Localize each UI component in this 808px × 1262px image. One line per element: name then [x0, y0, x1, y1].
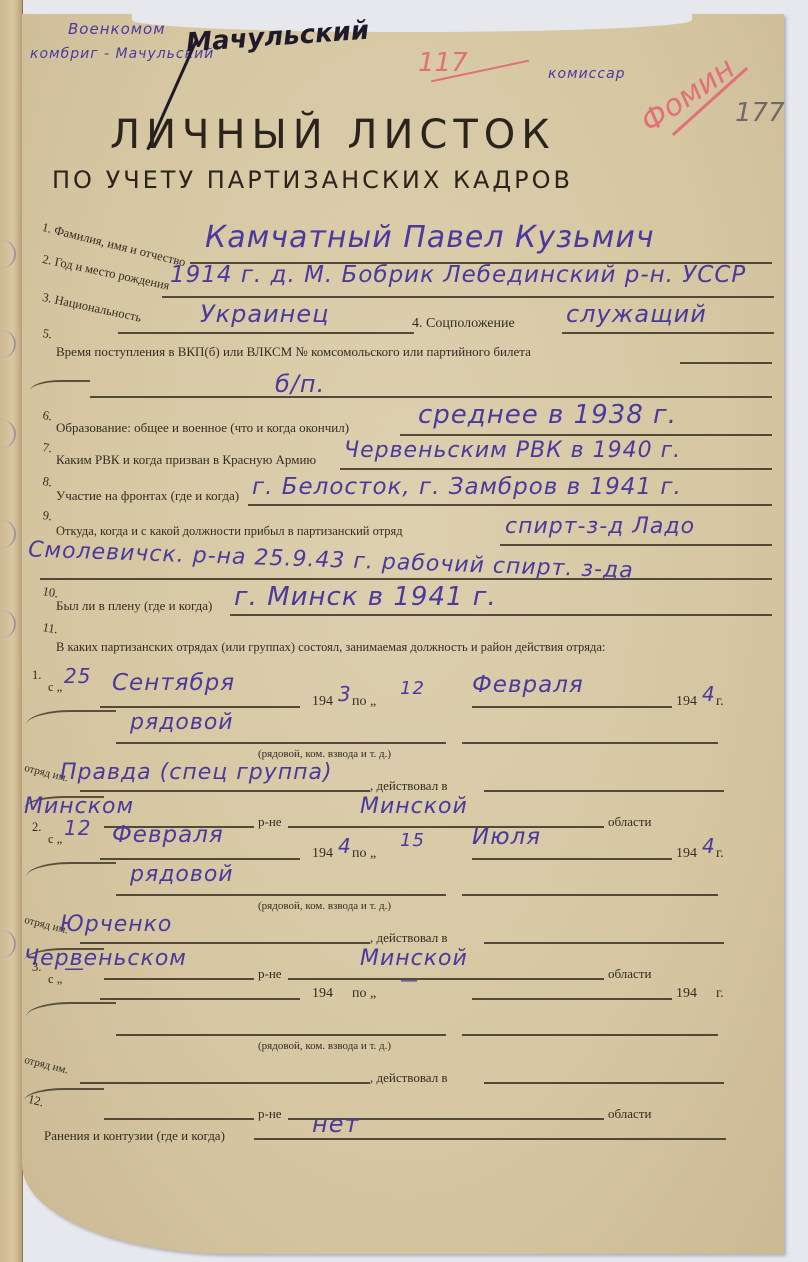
top-left-note-line1: Военкомом [68, 20, 166, 38]
service-2-region-suffix: области [608, 966, 651, 982]
service-2-from-year: 4 [338, 834, 352, 858]
form-sheet [22, 14, 784, 1254]
service-3-from-day: — [64, 956, 85, 980]
field-4-label: 4. Соцположение [412, 316, 515, 332]
field-5-line-a [680, 362, 772, 364]
field-5-line-b [90, 396, 772, 398]
service-1-position-curve [26, 710, 116, 740]
service-2-district-line [104, 978, 254, 980]
service-1-to-line [472, 706, 672, 708]
adjacent-page-mark [0, 930, 16, 958]
adjacent-page-mark [0, 520, 16, 548]
service-3-num: 3. [32, 960, 41, 975]
service-3-district-line [104, 1118, 254, 1120]
adjacent-page-edge [0, 0, 23, 1262]
arrival-value-line1: спирт-з-д Ладо [505, 514, 695, 539]
service-3-to-year-prefix: 194 [676, 986, 697, 1002]
service-2-detachment: Юрченко [60, 912, 172, 937]
field-5-curve [30, 380, 90, 402]
service-2-to-year-prefix: 194 [676, 846, 697, 862]
service-3-position-line-b [462, 1034, 718, 1036]
service-2-from-day: 12 [64, 816, 91, 840]
service-1-position-line [116, 742, 446, 744]
field-8-label: Участие на фронтах (где и когда) [56, 488, 239, 504]
service-1-acted-in: , действовал в [370, 778, 448, 794]
field-11-label: В каких партизанских отрядах (или группа… [56, 640, 605, 655]
service-3-acted-line [484, 1082, 724, 1084]
service-2-year-suffix: г. [716, 846, 724, 862]
service-2-position-curve [26, 862, 116, 892]
service-2-num: 2. [32, 820, 41, 835]
captivity-value: г. Минск в 1941 г. [234, 582, 497, 612]
service-1-to-month: Февраля [472, 672, 584, 698]
page-subtitle: ПО УЧЕТУ ПАРТИЗАНСКИХ КАДРОВ [52, 166, 573, 194]
field-9-line-b [40, 578, 772, 580]
service-1-year-suffix: г. [716, 694, 724, 710]
service-1-num: 1. [32, 668, 41, 683]
social-status-value: служащий [566, 300, 707, 328]
nationality-value: Украинец [200, 300, 329, 328]
service-2-detachment-line [80, 942, 370, 944]
service-2-from-prefix: с „ [48, 832, 62, 847]
field-7-line [340, 468, 772, 470]
page-number: 177 [735, 98, 785, 128]
service-3-year-prefix: 194 [312, 986, 333, 1002]
service-1-detachment: Правда (спец группа) [60, 760, 333, 785]
service-3-position-line [116, 1034, 446, 1036]
field-7-label: Каким РВК и когда призван в Красную Арми… [56, 452, 316, 468]
service-1-position-line-b [462, 742, 718, 744]
service-3-year-suffix: г. [716, 986, 724, 1002]
service-1-to-day: 12 [400, 678, 425, 699]
service-1-position-hint: (рядовой, ком. взвода и т. д.) [258, 748, 391, 760]
field-6-label: Образование: общее и военное (что и когд… [56, 420, 349, 436]
service-2-to-line [472, 858, 672, 860]
service-2-position-hint: (рядовой, ком. взвода и т. д.) [258, 900, 391, 912]
service-2-from-month: Февраля [112, 822, 224, 848]
service-3-from-line [100, 998, 300, 1000]
service-3-from-prefix: с „ [48, 972, 62, 987]
service-2-to-month: Июля [472, 824, 541, 850]
service-1-from-year: 3 [338, 682, 352, 706]
field-12-line [254, 1138, 726, 1140]
adjacent-page-mark [0, 330, 16, 358]
service-3-position-curve [26, 1002, 116, 1032]
service-3-position-hint: (рядовой, ком. взвода и т. д.) [258, 1040, 391, 1052]
service-1-from-day: 25 [64, 664, 91, 688]
service-2-district: Червеньском [24, 946, 187, 971]
service-2-acted-in: , действовал в [370, 930, 448, 946]
service-2-from-line [100, 858, 300, 860]
field-12-label: Ранения и контузии (где и когда) [44, 1128, 225, 1144]
page-title: ЛИЧНЫЙ ЛИСТОК [110, 112, 556, 158]
field-2-line [162, 296, 774, 298]
education-value: среднее в 1938 г. [418, 400, 677, 430]
service-2-region: Минской [360, 946, 468, 971]
service-3-region-suffix: области [608, 1106, 651, 1122]
adjacent-page-mark [0, 420, 16, 448]
service-1-district-suffix: р-не [258, 814, 282, 830]
service-2-region-line [288, 978, 604, 980]
service-3-to-line [472, 998, 672, 1000]
field-5-label: Время поступления в ВКП(б) или ВЛКСМ № к… [56, 344, 531, 360]
field-4-line [562, 332, 774, 334]
commission-note: комиссар [548, 66, 626, 82]
adjacent-page-mark [0, 240, 16, 268]
birth-value: 1914 г. д. М. Бобрик Лебединский р-н. УС… [170, 262, 746, 288]
service-1-to-year-prefix: 194 [676, 694, 697, 710]
service-3-district-suffix: р-не [258, 1106, 282, 1122]
adjacent-page-mark [0, 610, 16, 638]
service-3-to-day: — [400, 970, 419, 991]
service-2-position-line [116, 894, 446, 896]
service-1-position: рядовой [130, 710, 234, 735]
service-1-region-suffix: области [608, 814, 651, 830]
service-1-region-line [288, 826, 604, 828]
service-2-year-prefix: 194 [312, 846, 333, 862]
service-2-to-year: 4 [702, 834, 716, 858]
service-1-region: Минской [360, 794, 468, 819]
field-10-label: Был ли в плену (где и когда) [56, 598, 212, 614]
service-1-acted-line [484, 790, 724, 792]
field-3-line [118, 332, 414, 334]
wounds-value: нет [312, 1110, 359, 1138]
fronts-value: г. Белосток, г. Замбров в 1941 г. [252, 474, 682, 500]
service-3-detachment-line [80, 1082, 370, 1084]
field-8-line [248, 504, 772, 506]
field-6-line [400, 434, 772, 436]
field-10-line [230, 614, 772, 616]
service-1-year-prefix: 194 [312, 694, 333, 710]
service-1-from-month: Сентября [112, 670, 235, 696]
service-2-position-line-b [462, 894, 718, 896]
conscription-value: Червеньским РВК в 1940 г. [344, 438, 681, 463]
service-2-to-day: 15 [400, 830, 425, 851]
service-1-to-prefix: по „ [352, 694, 376, 710]
service-2-to-prefix: по „ [352, 846, 376, 862]
party-value: б/п. [275, 370, 325, 398]
service-2-district-suffix: р-не [258, 966, 282, 982]
full-name-value: Камчатный Павел Кузьмич [205, 220, 655, 255]
service-1-detachment-line [80, 790, 370, 792]
field-9-label: Откуда, когда и с какой должности прибыл… [56, 524, 403, 539]
field-9-line-a [500, 544, 772, 546]
service-1-to-year: 4 [702, 682, 716, 706]
service-2-acted-line [484, 942, 724, 944]
service-1-from-line [100, 706, 300, 708]
service-3-acted-in: , действовал в [370, 1070, 448, 1086]
field-11-num: 11. [41, 620, 59, 637]
service-1-from-prefix: с „ [48, 680, 62, 695]
service-3-to-prefix: по „ [352, 986, 376, 1002]
service-2-position: рядовой [130, 862, 234, 887]
